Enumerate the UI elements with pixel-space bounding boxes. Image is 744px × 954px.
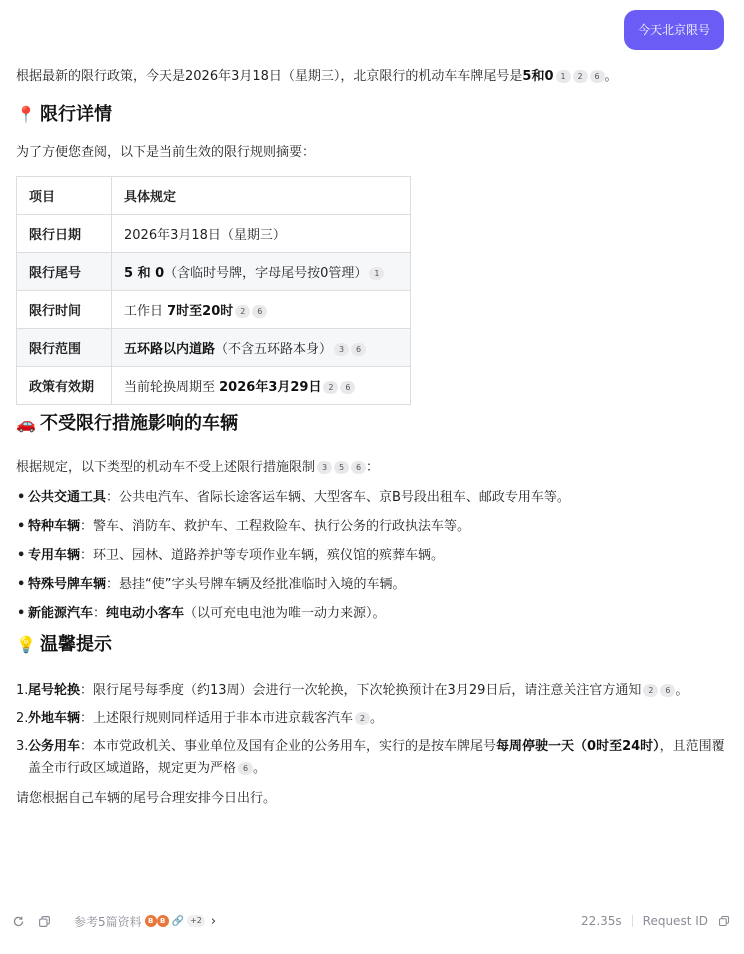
row-key: 政策有效期 [17,367,112,405]
table-row: 限行范围 五环路以内道路（不含五环路本身）36 [17,329,411,367]
citation-badge[interactable]: 3 [334,343,349,356]
item-label: 外地车辆 [28,711,80,726]
rules-table: 项目 具体规定 限行日期 2026年3月18日（星期三） 限行尾号 5 和 0（… [16,176,411,405]
item-label: 特殊号牌车辆 [28,577,106,592]
citation-badge[interactable]: 2 [323,381,338,394]
item-number: 3. [16,736,28,758]
value-bold: 7时至20时 [167,304,233,319]
section-heading-tips: 💡温馨提示 [16,632,728,658]
car-icon: 🚗 [16,411,36,437]
user-message-bubble: 今天北京限号 [624,10,724,50]
row-value: 当前轮换周期至 2026年3月29日26 [112,367,411,405]
regenerate-icon[interactable] [10,913,26,929]
row-key: 限行日期 [17,215,112,253]
intro-bold: 5和0 [522,69,553,84]
punct: 。 [370,711,383,726]
citation-badge[interactable]: 1 [369,267,384,280]
table-row: 政策有效期 当前轮换周期至 2026年3月29日26 [17,367,411,405]
table-row: 限行尾号 5 和 0（含临时号牌，字母尾号按0管理）1 [17,253,411,291]
copy-request-id-icon[interactable] [718,915,730,927]
list-item: 特种车辆：警车、消防车、救护车、工程救险车、执行公务的行政执法车等。 [28,516,728,537]
punct: 。 [675,683,688,698]
list-item: 新能源汽车：纯电动小客车（以可充电电池为唯一动力来源）。 [28,603,728,624]
message-footer: 参考5篇资料 B B 🔗 +2 › 22.35s Request ID [10,910,730,932]
value-text: 当前轮换周期至 [124,380,219,395]
chevron-right-icon: › [211,914,216,929]
value-text: 工作日 [124,304,167,319]
row-value: 工作日 7时至20时26 [112,291,411,329]
table-row: 限行时间 工作日 7时至20时26 [17,291,411,329]
item-label: 新能源汽车 [28,606,93,621]
value-text: （不含五环路本身） [215,342,332,357]
item-text: ：警车、消防车、救护车、工程救险车、执行公务的行政执法车等。 [80,519,470,534]
item-text: ：环卫、园林、道路养护等专项作业车辆，殡仪馆的殡葬车辆。 [80,548,444,563]
punct: 。 [605,69,618,84]
section-heading-exempt: 🚗不受限行措施影响的车辆 [16,411,728,437]
desc-text: 根据规定，以下类型的机动车不受上述限行措施限制 [16,460,315,475]
citation-badge[interactable]: 6 [351,343,366,356]
item-label: 公共交通工具 [28,490,106,505]
heading-text: 限行详情 [40,102,112,128]
list-item: 2.外地车辆：上述限行规则同样适用于非本市进京载客汽车2。 [28,708,728,730]
item-text: （以可充电电池为唯一动力来源）。 [184,606,386,621]
citation-badge[interactable]: 6 [238,762,253,775]
list-item: 公共交通工具：公共电汽车、省际长途客运车辆、大型客车、京B号段出租车、邮政专用车… [28,487,728,508]
citation-badge[interactable]: 6 [590,70,605,83]
citation-badge[interactable]: 6 [340,381,355,394]
column-header: 项目 [17,177,112,215]
references-button[interactable]: 参考5篇资料 B B 🔗 +2 › [74,913,216,930]
citation-badge[interactable]: 5 [334,461,349,474]
list-item: 特殊号牌车辆：悬挂“使”字头号牌车辆及经批准临时入境的车辆。 [28,574,728,595]
item-label: 公务用车 [28,739,80,754]
citation-badge[interactable]: 2 [573,70,588,83]
item-text: ：上述限行规则同样适用于非本市进京载客汽车 [80,711,353,726]
row-value: 5 和 0（含临时号牌，字母尾号按0管理）1 [112,253,411,291]
citation-badge[interactable]: 6 [660,684,675,697]
item-label: 特种车辆 [28,519,80,534]
pin-icon: 📍 [16,102,36,128]
divider [632,915,633,927]
section-desc: 为了方便您查阅，以下是当前生效的限行规则摘要： [16,142,728,164]
item-label: 专用车辆 [28,548,80,563]
heading-text: 不受限行措施影响的车辆 [40,411,238,437]
list-item: 3.公务用车：本市党政机关、事业单位及国有企业的公务用车，实行的是按车牌尾号每周… [28,736,728,780]
copy-icon[interactable] [36,913,52,929]
value-text: （含临时号牌，字母尾号按0管理） [164,266,367,281]
value-bold: 2026年3月29日 [219,380,321,395]
references-label: 参考5篇资料 [74,913,142,930]
item-text: ：公共电汽车、省际长途客运车辆、大型客车、京B号段出租车、邮政专用车等。 [106,490,570,505]
citation-badge[interactable]: 2 [355,712,370,725]
request-id-label: Request ID [643,914,708,928]
item-number: 2. [16,708,28,730]
item-label: 尾号轮换 [28,683,80,698]
intro-paragraph: 根据最新的限行政策，今天是2026年3月18日（星期三），北京限行的机动车车牌尾… [16,66,728,88]
item-text: ：本市党政机关、事业单位及国有企业的公务用车，实行的是按车牌尾号 [80,739,496,754]
value-bold: 5 和 0 [124,266,164,281]
punct: 。 [253,761,266,776]
row-value: 2026年3月18日（星期三） [112,215,411,253]
source-favicon: B [157,915,169,927]
citation-badge[interactable]: 2 [235,305,250,318]
item-text: ：悬挂“使”字头号牌车辆及经批准临时入境的车辆。 [106,577,405,592]
closing-text: 请您根据自己车辆的尾号合理安排今日出行。 [16,788,728,810]
row-key: 限行尾号 [17,253,112,291]
item-number: 1. [16,680,28,702]
item-bold: 纯电动小客车 [106,606,184,621]
assistant-response: 根据最新的限行政策，今天是2026年3月18日（星期三），北京限行的机动车车牌尾… [16,66,728,810]
punct: ： [366,460,379,475]
intro-text: 根据最新的限行政策，今天是2026年3月18日（星期三），北京限行的机动车车牌尾… [16,69,522,84]
elapsed-time: 22.35s [581,914,622,928]
row-key: 限行范围 [17,329,112,367]
citation-badge[interactable]: 1 [556,70,571,83]
exempt-list: 公共交通工具：公共电汽车、省际长途客运车辆、大型客车、京B号段出租车、邮政专用车… [16,487,728,624]
column-header: 具体规定 [112,177,411,215]
item-text: ： [93,606,106,621]
list-item: 专用车辆：环卫、园林、道路养护等专项作业车辆，殡仪馆的殡葬车辆。 [28,545,728,566]
table-row: 限行日期 2026年3月18日（星期三） [17,215,411,253]
citation-badge[interactable]: 3 [317,461,332,474]
link-icon: 🔗 [172,916,184,927]
value-bold: 五环路以内道路 [124,342,215,357]
section-heading-details: 📍限行详情 [16,102,728,128]
tips-list: 1.尾号轮换：限行尾号每季度（约13周）会进行一次轮换，下次轮换预计在3月29日… [16,680,728,780]
more-sources-count: +2 [187,915,205,927]
lightbulb-icon: 💡 [16,632,36,658]
source-favicon: B [145,915,157,927]
footer-meta: 22.35s Request ID [581,914,730,928]
citation-badge[interactable]: 2 [643,684,658,697]
list-item: 1.尾号轮换：限行尾号每季度（约13周）会进行一次轮换，下次轮换预计在3月29日… [28,680,728,702]
row-key: 限行时间 [17,291,112,329]
item-text: ：限行尾号每季度（约13周）会进行一次轮换，下次轮换预计在3月29日后，请注意关… [80,683,641,698]
citation-badge[interactable]: 6 [351,461,366,474]
citation-badge[interactable]: 6 [252,305,267,318]
heading-text: 温馨提示 [40,632,112,658]
section-desc: 根据规定，以下类型的机动车不受上述限行措施限制356： [16,457,728,479]
item-bold: 每周停驶一天（0时至24时） [496,739,660,754]
row-value: 五环路以内道路（不含五环路本身）36 [112,329,411,367]
table-header-row: 项目 具体规定 [17,177,411,215]
value-text: 2026年3月18日（星期三） [124,228,286,243]
